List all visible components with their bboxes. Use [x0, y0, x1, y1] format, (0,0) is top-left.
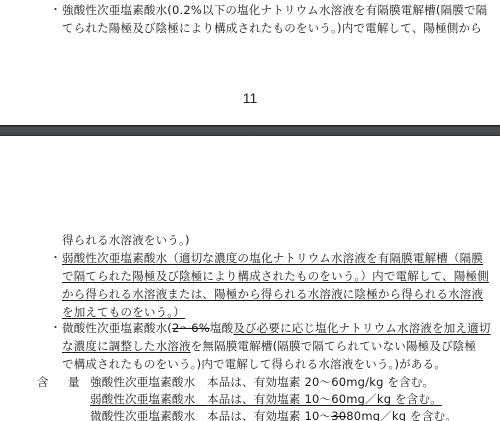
page-number: 11 [0, 90, 500, 106]
content-row-text-prefix: 本品は、有効塩素 10～ [207, 409, 331, 421]
slight-acid-inserted-text-2: な濃度に調整した水溶液 [62, 339, 191, 353]
slight-acid-item-line1: 微酸性次亜塩素酸水(2～6%塩酸及び必要に応じ塩化ナトリウム水溶液を加え適切 [62, 321, 491, 335]
inserted-value: 80 [346, 409, 361, 421]
content-row-name: 強酸性次亜塩素酸水 [90, 375, 195, 389]
page-top: ・ 強酸性次亜塩素酸水(0.2%以下の塩化ナトリウム水溶液を有隔膜電解槽(隔膜で… [0, 0, 500, 125]
weak-acid-item-line3: から得られる水溶液または、陽極から得られる水溶液に陰極から得られる水溶液 [62, 287, 483, 301]
bullet: ・ [50, 3, 61, 17]
content-row-name: 微酸性次亜塩素酸水 [90, 409, 195, 421]
content-row-text: 本品は、有効塩素 10～60mg／kg を含む。 [207, 392, 442, 406]
slight-acid-mid: 塩酸 [210, 321, 233, 335]
content-row-strong: 強酸性次亜塩素酸水 本品は、有効塩素 20～60mg/kg を含む。 [90, 375, 434, 389]
content-label-left: 含 [37, 375, 49, 389]
bullet: ・ [50, 321, 61, 335]
slight-acid-inserted-text: 及び必要に応じ塩化ナトリウム水溶液を加え適切 [233, 321, 490, 335]
page-separator [0, 125, 500, 136]
struck-concentration: 2～6% [172, 321, 210, 335]
content-row-name: 弱酸性次亜塩素酸水 [90, 392, 195, 406]
continuation-line: 得られる水溶液をいう。) [62, 233, 190, 247]
bullet: ・ [50, 251, 61, 265]
content-row-text: 本品は、有効塩素 20～60mg/kg を含む。 [207, 375, 434, 389]
page-bottom: 得られる水溶液をいう。) ・ 弱酸性次亜塩素酸水（適切な濃度の塩化ナトリウム水溶… [0, 136, 500, 421]
content-row-weak: 弱酸性次亜塩素酸水 本品は、有効塩素 10～60mg／kg を含む。 [90, 392, 442, 406]
slight-acid-line2-rest: を無隔膜電解槽(隔膜で隔てられていない陽極及び陰極 [191, 339, 476, 353]
content-row-slight: 微酸性次亜塩素酸水 本品は、有効塩素 10～3080mg／kg を含む。 [90, 409, 457, 421]
strong-acid-item-line2: てられた陽極及び陰極により構成されたものをいう。)内で電解して、陽極側から [62, 21, 482, 35]
weak-acid-item-line2: で隔てられた陽極及び陰極により構成されたものをいう。）内で電解して、陽極側 [62, 269, 489, 283]
slight-acid-item-line2: な濃度に調整した水溶液を無隔膜電解槽(隔膜で隔てられていない陽極及び陰極 [62, 339, 476, 353]
slight-acid-item-line3: で構成されたものをいう。)内で電解して得られる水溶液をいう。)がある。 [62, 357, 446, 371]
weak-acid-item-line1: 弱酸性次亜塩素酸水（適切な濃度の塩化ナトリウム水溶液を有隔膜電解槽（隔膜 [62, 251, 483, 265]
content-label-right: 量 [68, 375, 80, 389]
strong-acid-item-line1: 強酸性次亜塩素酸水(0.2%以下の塩化ナトリウム水溶液を有隔膜電解槽(隔膜で隔 [62, 3, 487, 17]
struck-value: 30 [331, 409, 346, 421]
content-row-text-suffix: mg／kg を含む。 [361, 409, 457, 421]
weak-acid-item-line4: を加えてものをいう。） [62, 305, 185, 319]
slight-acid-prefix: 微酸性次亜塩素酸水( [62, 321, 172, 335]
